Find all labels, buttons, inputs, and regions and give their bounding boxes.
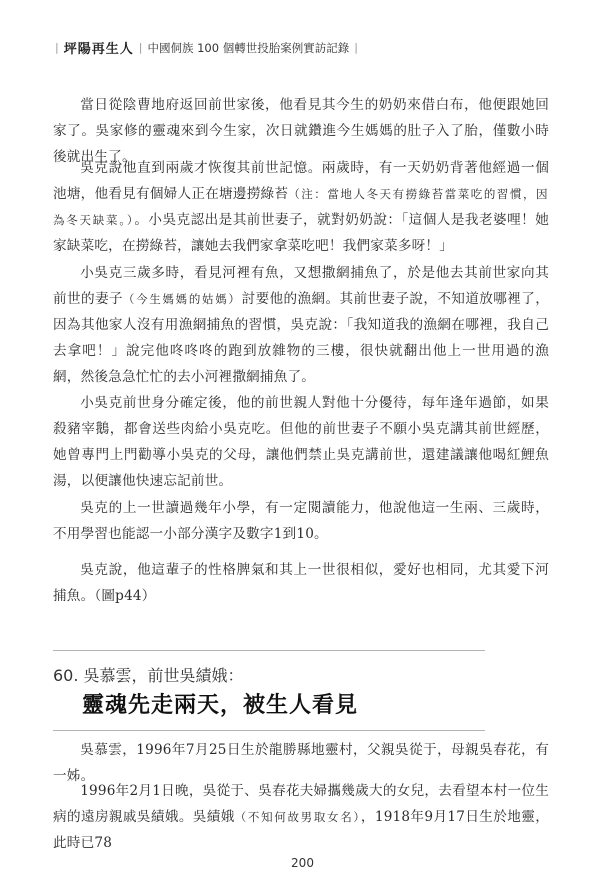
header-separator: | — [55, 41, 59, 54]
section-divider-top — [53, 650, 485, 651]
book-title: 坪陽再生人 — [64, 38, 134, 57]
body-paragraph: 吳克說他直到兩歲才恢復其前世記憶。兩歲時，有一天奶奶背著他經過一個池塘，他看見有… — [53, 155, 549, 259]
page-number: 200 — [0, 856, 605, 870]
body-paragraph: 小吳克三歲多時，看見河裡有魚，又想撒網捕魚了，於是他去其前世家向其前世的妻子（今… — [53, 260, 549, 390]
body-paragraph: 小吳克前世身分確定後，他的前世親人對他十分優待，每年逢年過節，如果殺豬宰鵝，都會… — [53, 390, 549, 494]
annotation-note: （今生媽媽的姑媽） — [123, 292, 242, 306]
body-paragraph: 1996年2月1日晚，吳從于、吳春花夫婦攜幾歲大的女兒，去看望本村一位生病的遠房… — [53, 778, 549, 856]
section-number-and-name: 60. 吳慕雲，前世吳績娥： — [53, 663, 244, 686]
section-title: 靈魂先走兩天，被生人看見 — [82, 688, 358, 719]
running-header: | 坪陽再生人 | 中國侗族 100 個轉世投胎案例實訪記錄 | — [50, 38, 363, 57]
book-subtitle: 中國侗族 100 個轉世投胎案例實訪記錄 — [147, 40, 349, 56]
annotation-note: （不知何故男取女名） — [235, 810, 361, 824]
body-paragraph: 吳克的上一世讀過幾年小學，有一定閱讀能力，他說他這一生兩、三歲時，不用學習也能認… — [53, 495, 549, 547]
section-divider-bottom — [53, 730, 485, 731]
header-separator: | — [354, 41, 358, 54]
header-separator: | — [139, 41, 143, 54]
body-paragraph: 吳克說，他這輩子的性格脾氣和其上一世很相似，愛好也相同，尤其愛下河捕魚。（圖p4… — [53, 557, 549, 609]
